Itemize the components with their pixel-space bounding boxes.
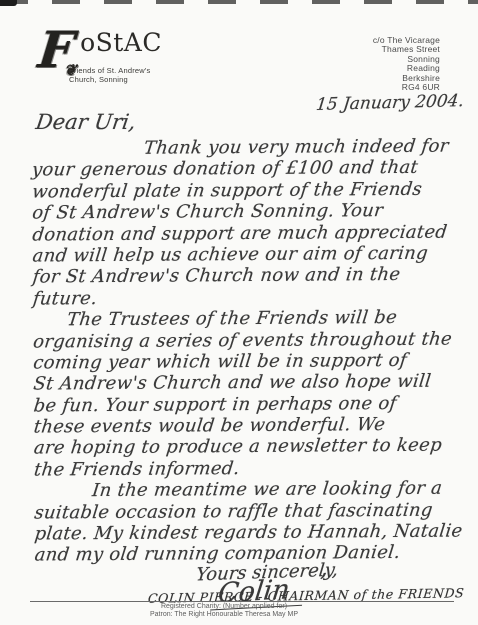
org-name: Friends of St. Andrew's Church, Sonning [69, 66, 150, 84]
body-line: organising a series of events throughout… [32, 328, 466, 352]
body-line: In the meantime we are looking for a [33, 478, 467, 502]
footer-patron-line: Patron: The Right Honourable Theresa May… [0, 611, 448, 619]
org-name-line2: Church, Sonning [69, 75, 150, 84]
footer-rule [30, 601, 454, 602]
body-line: your generous donation of £100 and that [31, 157, 465, 181]
body-line: be fun. Your support in perhaps one of [32, 392, 466, 416]
footer: Registered Charity: (Number applied for)… [0, 603, 448, 619]
handwritten-date: 15 January 2004. [315, 91, 465, 115]
scanned-letter-page: FoStAC Friends of St. Andrew's Church, S… [0, 0, 478, 625]
scan-artifact-corner [0, 0, 17, 6]
body-line: are hoping to produce a newsletter to ke… [33, 435, 467, 459]
scan-artifact-top [0, 0, 478, 4]
org-name-line1: Friends of St. Andrew's [69, 66, 150, 75]
footer-charity-line: Registered Charity: (Number applied for) [0, 603, 448, 611]
body-line: suitable occasion to raffle that fascina… [33, 499, 467, 523]
logo-name-text: oStAC [80, 28, 162, 57]
body-line: The Trustees of the Friends will be [32, 307, 466, 331]
salutation: Dear Uri, [34, 110, 137, 134]
body-line: for St Andrew's Church now and in the [32, 264, 466, 288]
body-line: St Andrew's Church and we also hope will [32, 371, 466, 395]
sender-address-block: c/o The Vicarage Thames Street Sonning R… [373, 36, 440, 92]
body-line: of St Andrew's Church Sonning. Your [31, 200, 465, 224]
fostac-logo: FoStAC Friends of St. Andrew's Church, S… [38, 26, 164, 86]
body-line: donation and support are much appreciate… [31, 221, 465, 245]
letter-body: Thank you very much indeed for your gene… [31, 135, 466, 566]
